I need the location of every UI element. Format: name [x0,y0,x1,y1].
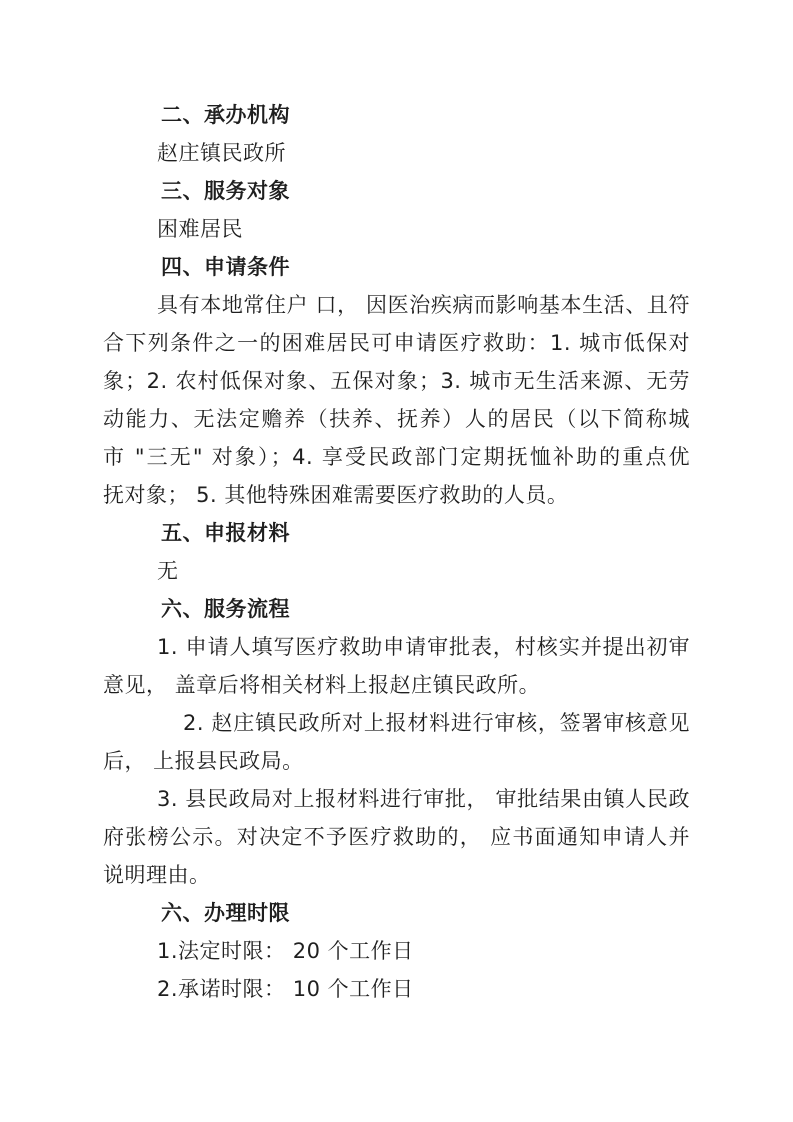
paragraph-line: 具有本地常住户 口， 因医治疾病而影响基本生活、且符 [103,286,690,324]
paragraph-line: 动能力、无法定赡养（扶养、抚养）人的居民（以下简称城 [103,400,690,438]
paragraph-line: 意见， 盖章后将相关材料上报赵庄镇民政所。 [103,666,690,704]
paragraph-line: 说明理由。 [103,856,690,894]
paragraph-line: 1. 申请人填写医疗救助申请审批表，村核实并提出初审 [103,628,690,666]
section-heading: 三、服务对象 [103,172,690,210]
paragraph-line: 3. 县民政局对上报材料进行审批， 审批结果由镇人民政 [103,780,690,818]
text-line: 无 [103,552,690,590]
paragraph-line: 抚对象； 5. 其他特殊困难需要医疗救助的人员。 [103,476,690,514]
paragraph-line: 象；2. 农村低保对象、五保对象；3. 城市无生活来源、无劳 [103,362,690,400]
document-page: 二、承办机构 赵庄镇民政所 三、服务对象 困难居民 四、申请条件 具有本地常住户… [0,0,793,1122]
section-heading: 六、服务流程 [103,590,690,628]
text-line: 2.承诺时限： 10 个工作日 [103,970,690,1008]
text-line: 赵庄镇民政所 [103,134,690,172]
section-heading: 五、申报材料 [103,514,690,552]
paragraph-line: 府张榜公示。对决定不予医疗救助的， 应书面通知申请人并 [103,818,690,856]
paragraph-line: 合下列条件之一的困难居民可申请医疗救助：1. 城市低保对 [103,324,690,362]
text-line: 1.法定时限： 20 个工作日 [103,932,690,970]
section-heading: 六、办理时限 [103,894,690,932]
paragraph-line: 市 "三无" 对象）；4. 享受民政部门定期抚恤补助的重点优 [103,438,690,476]
text-line: 困难居民 [103,210,690,248]
section-heading: 二、承办机构 [103,96,690,134]
paragraph-line: 后， 上报县民政局。 [103,742,690,780]
paragraph-line: 2. 赵庄镇民政所对上报材料进行审核，签署审核意见 [103,704,690,742]
section-heading: 四、申请条件 [103,248,690,286]
